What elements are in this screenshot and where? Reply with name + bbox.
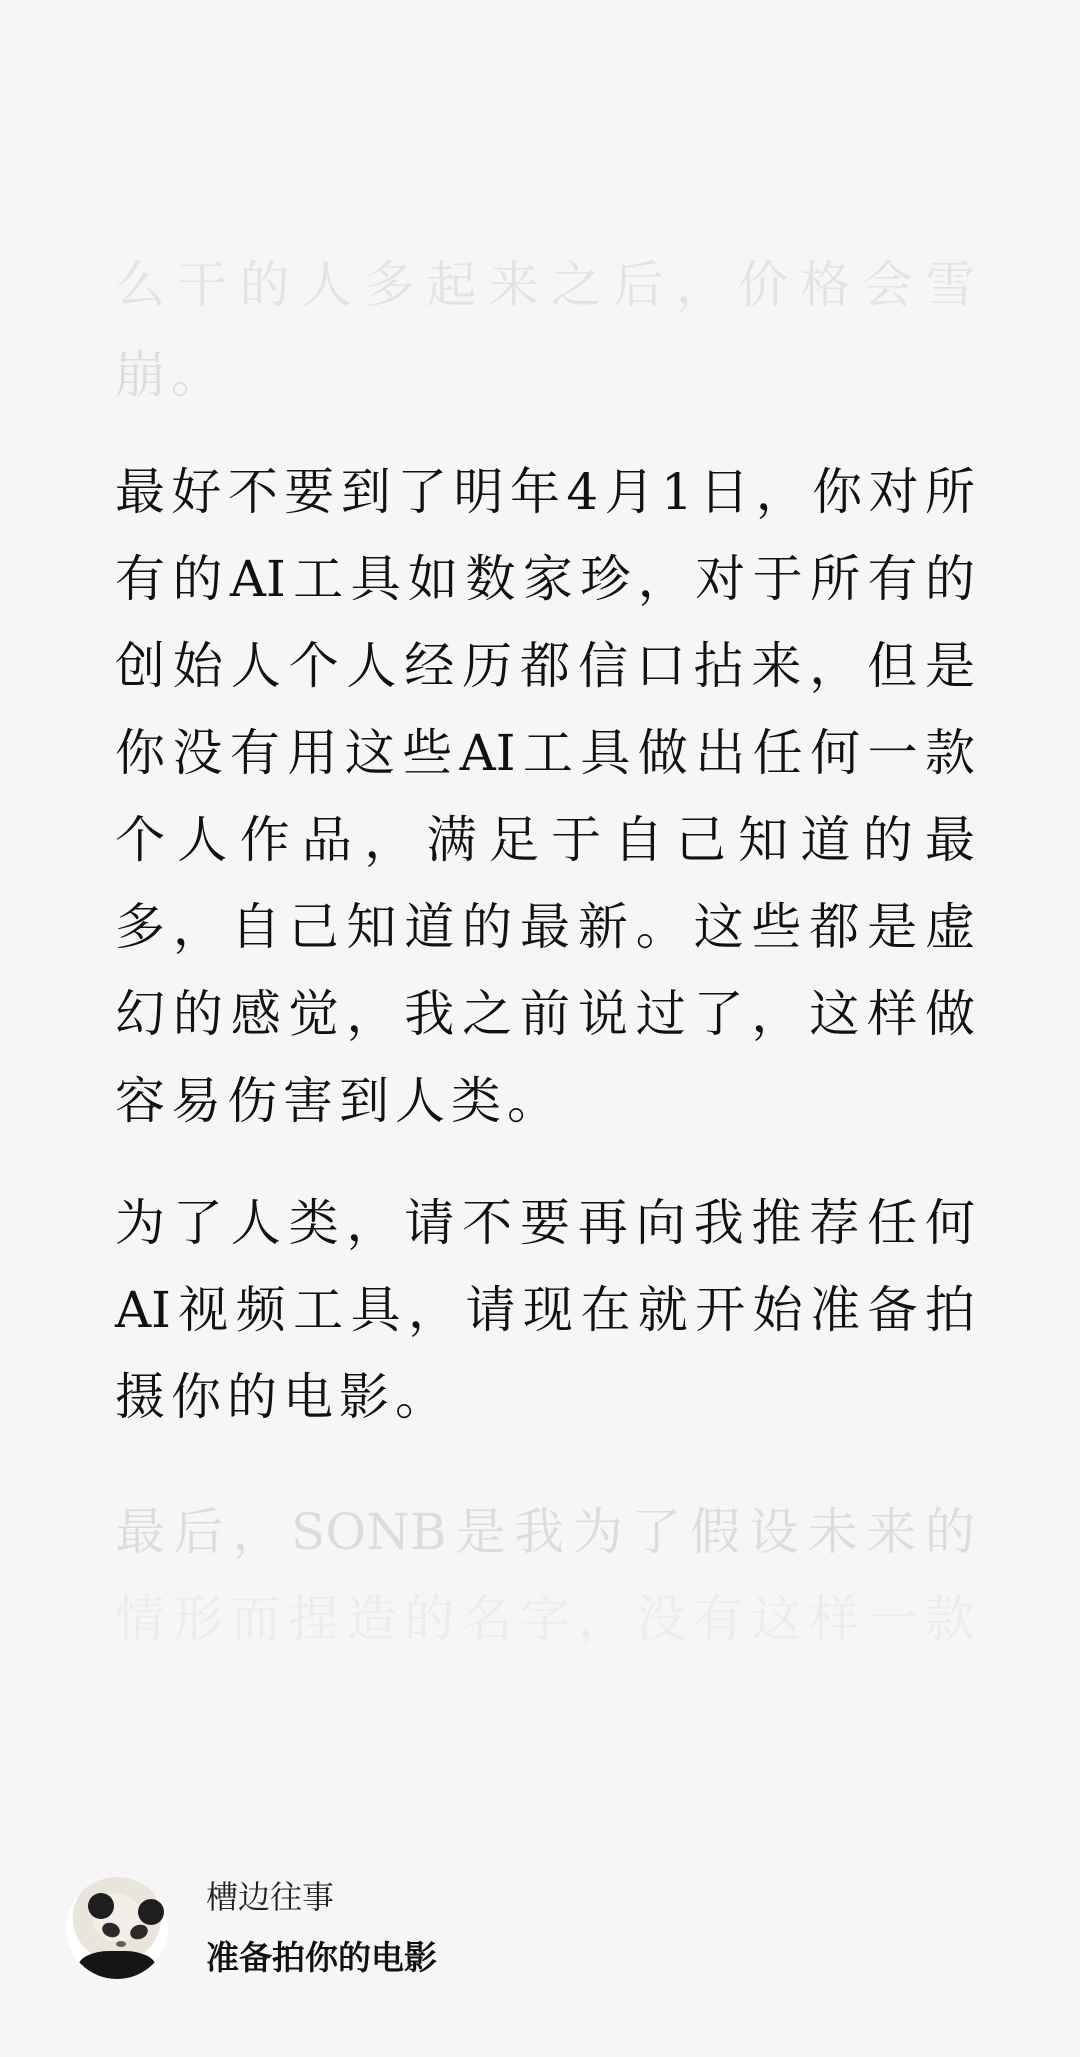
paragraph-line: 为了人类，请不要再向我推荐任何 bbox=[115, 1193, 975, 1253]
paragraph-line: 有的AI工具如数家珍，对于所有的 bbox=[115, 549, 975, 609]
faded-text-line: 么干的人多起来之后，价格会雪 bbox=[115, 255, 975, 315]
paragraph-line: 你没有用这些AI工具做出任何一款 bbox=[115, 723, 975, 783]
paragraph-line: 容易伤害到人类。 bbox=[115, 1071, 975, 1131]
faded-text-line: 最后，SONB是我为了假设未来的 bbox=[115, 1502, 975, 1562]
article-title: 准备拍你的电影 bbox=[206, 1935, 437, 1981]
paragraph-line: 个人作品，满足于自己知道的最 bbox=[115, 810, 975, 870]
paragraph-line: 幻的感觉，我之前说过了，这样做 bbox=[115, 984, 975, 1044]
panda-avatar-icon[interactable] bbox=[66, 1877, 168, 1979]
paragraph-line: 最好不要到了明年4月1日，你对所 bbox=[115, 462, 975, 522]
faded-text-line: 崩。 bbox=[115, 345, 975, 405]
paragraph-line: 摄你的电影。 bbox=[115, 1367, 975, 1427]
paragraph-line: 创始人个人经历都信口拈来，但是 bbox=[115, 636, 975, 696]
author-info: 槽边往事 准备拍你的电影 bbox=[206, 1875, 437, 1981]
faded-text-line: 情形而捏造的名字，没有这样一款 bbox=[115, 1589, 975, 1649]
paragraph-line: AI视频工具，请现在就开始准备拍 bbox=[115, 1280, 975, 1340]
author-card[interactable]: 槽边往事 准备拍你的电影 bbox=[66, 1876, 437, 1980]
author-name[interactable]: 槽边往事 bbox=[206, 1875, 437, 1919]
paragraph-line: 多，自己知道的最新。这些都是虚 bbox=[115, 897, 975, 957]
